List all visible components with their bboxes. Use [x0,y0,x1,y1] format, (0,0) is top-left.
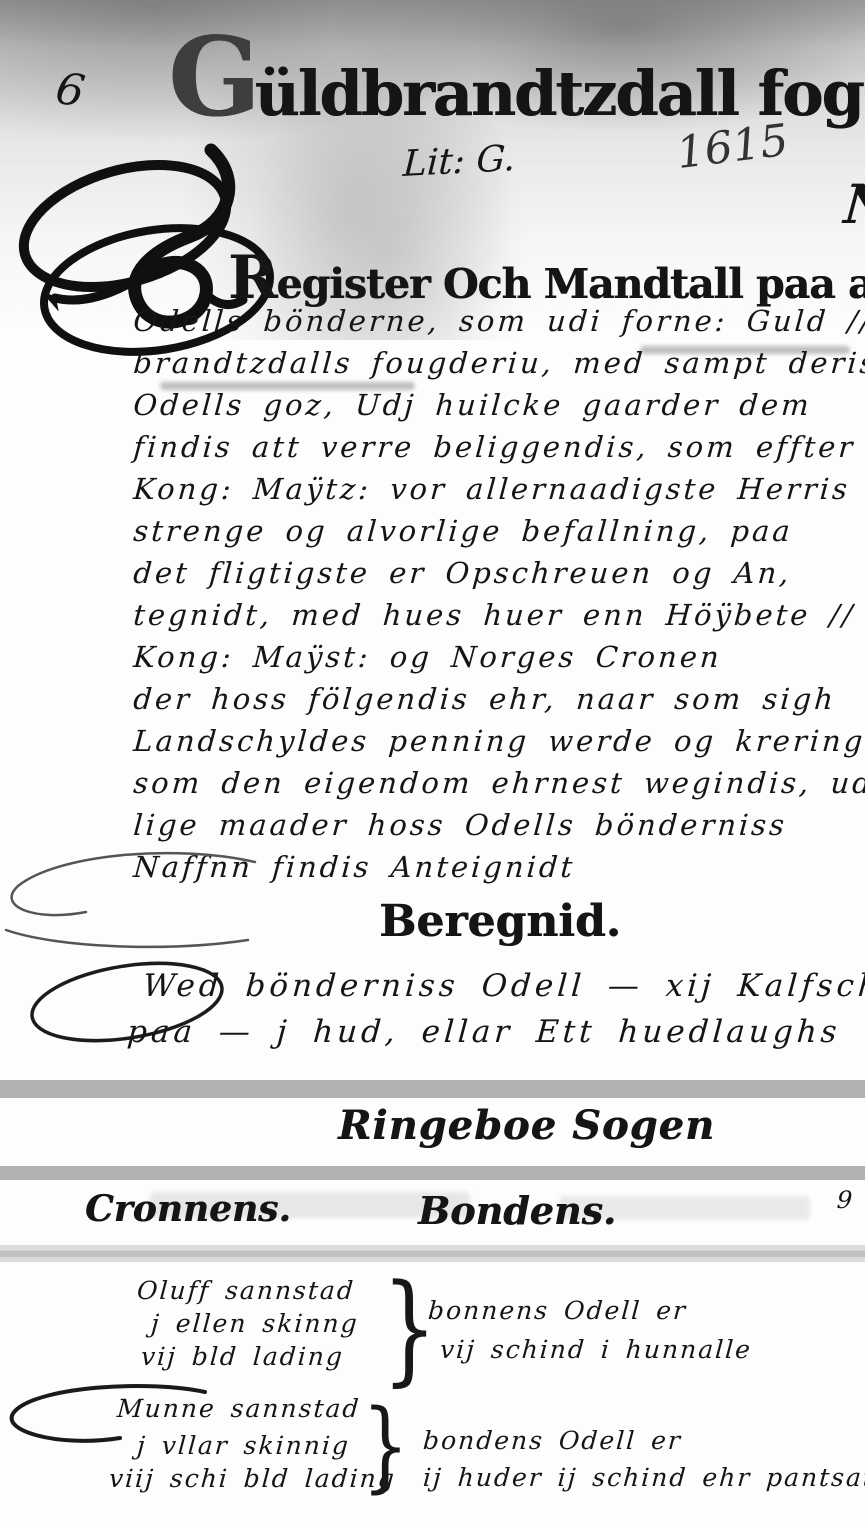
body-line: det fligtigste er Opschreuen og An, [132,552,865,594]
body-line: Odells bönderne, som udi forne: Guld // [132,300,865,342]
body-line: Landschyldes penning werde og krering [132,720,865,762]
parish-heading: Ringeboe Sogen [338,1102,715,1149]
margin-letter: N [842,172,865,236]
entry-right-line: ij huder ij schind ehr pantsatt [422,1461,865,1494]
valuation-line: paa — j hud, ellar Ett huedlaughs [126,1014,842,1050]
entry-left-line: vij bld lading [140,1340,360,1373]
entry-right-line: vij schind i hunnalle [439,1333,753,1366]
body-paragraph: Odells bönderne, som udi forne: Guld // … [132,300,862,888]
pen-flourish-arcs [0,842,260,952]
scan-divider-bar [0,1166,865,1180]
entry-left-line: Munne sannstad [116,1392,397,1425]
scanned-manuscript-page: 6 Güldbrandtzdall fogder Lit: G. 1615 N … [0,0,865,1527]
entry-left-column: Oluff sannstad j ellen skinng vij bld la… [136,1274,358,1373]
entry-brace: } [362,1398,409,1496]
entry-left-line: j vllar skinnig [136,1429,397,1462]
body-line: brandtzdalls fougderiu, med sampt deris [132,342,865,384]
body-line: strenge og alvorlige befallning, paa [132,510,865,552]
subheading-beregnid: Beregnid. [345,896,655,947]
body-line: lige maader hoss Odells bönderniss [132,804,865,846]
scan-divider-bar [0,1080,865,1098]
page-number: 6 [52,63,88,118]
body-line: findis att verre beliggendis, som effter [132,426,865,468]
entry-right-line: bonnens Odell er [427,1294,753,1327]
body-line: der hoss fölgendis ehr, naar som sigh [132,678,865,720]
body-line: Odells goz, Udj huilcke gaarder dem [132,384,865,426]
entry-right-column: bondens Odell er ij huder ij schind ehr … [422,1424,865,1494]
entry-left-line: j ellen skinng [150,1307,360,1340]
entry-left-line: viij schi bld lading [108,1462,397,1495]
valuation-line: Wed bönderniss Odell — xij Kalfschind [142,968,865,1004]
body-line: Kong: Maÿtz: vor allernaadigste Herris [132,468,865,510]
archive-letter-mark: Lit: G. [402,138,516,185]
column-header-crown: Cronnens. [85,1188,291,1230]
folio-number: 9 [836,1186,853,1214]
entry-right-column: bonnens Odell er vij schind i hunnalle [427,1294,751,1366]
body-line: Kong: Maÿst: og Norges Cronen [132,636,865,678]
entry-right-line: bondens Odell er [422,1424,865,1457]
body-line: som den eigendom ehrnest wegindis, udj [132,762,865,804]
entry-left-line: Oluff sannstad [136,1274,360,1307]
entry-left-column: Munne sannstad j vllar skinnig viij schi… [116,1392,395,1495]
body-line: tegnidt, med hues huer enn Höÿbete // [132,594,865,636]
column-header-bonde: Bondens. [418,1188,616,1233]
